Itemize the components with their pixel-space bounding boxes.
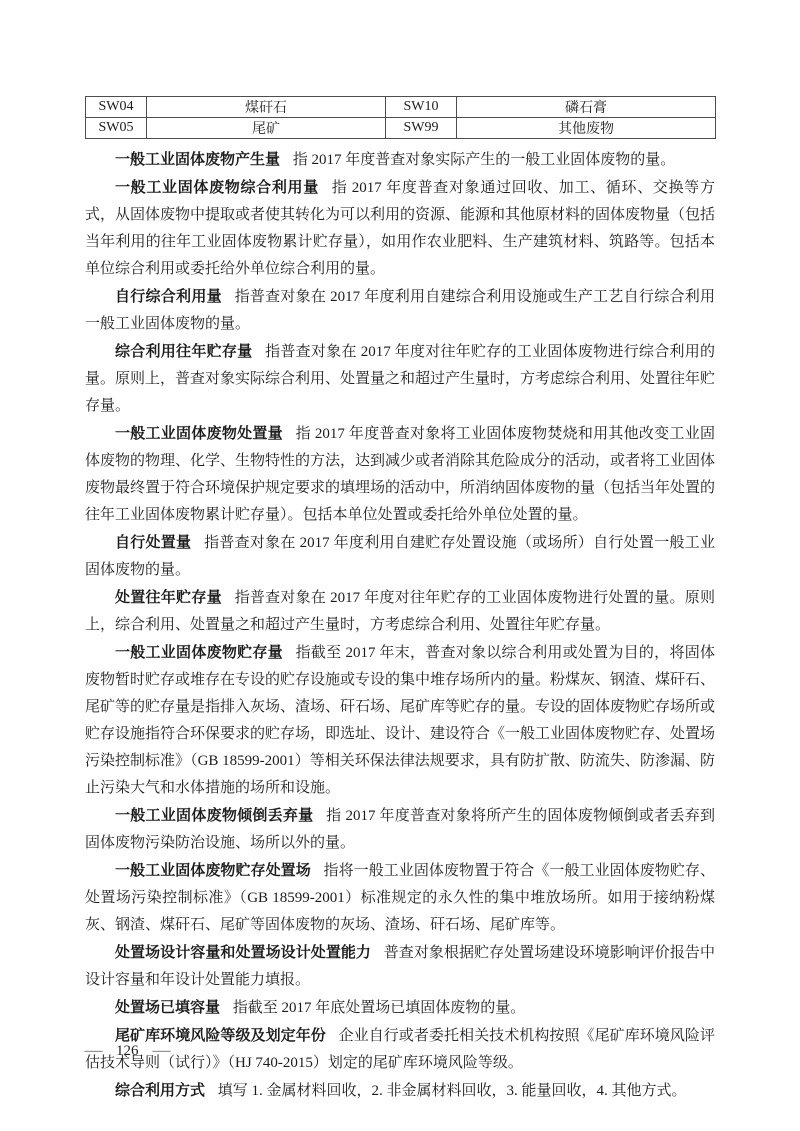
table-row: SW04 煤矸石 SW10 磷石膏 [86, 97, 716, 118]
definition-term: 一般工业固体废物综合利用量 [115, 179, 319, 196]
footer-dash-left: — [85, 1043, 103, 1060]
definition-paragraph: 一般工业固体废物产生量指 2017 年度普查对象实际产生的一般工业固体废物的量。 [85, 146, 715, 174]
definition-text: 指 2017 年度普查对象实际产生的一般工业固体废物的量。 [293, 152, 676, 168]
page-number: 126 [116, 1043, 139, 1060]
definition-term: 自行综合利用量 [115, 288, 222, 305]
definition-paragraph: 自行综合利用量指普查对象在 2017 年度利用自建综合利用设施或生产工艺自行综合… [85, 283, 715, 338]
definition-text: 指截至 2017 年底处置场已填固体废物的量。 [233, 1000, 526, 1016]
definition-term: 一般工业固体废物产生量 [115, 151, 280, 168]
waste-code-cell: SW05 [86, 118, 147, 139]
definition-term: 一般工业固体废物贮存处置场 [115, 862, 311, 879]
definition-paragraph: 综合利用方式填写 1. 金属材料回收，2. 非金属材料回收，3. 能量回收，4.… [85, 1077, 715, 1105]
definition-paragraph: 处置场已填容量指截至 2017 年底处置场已填固体废物的量。 [85, 994, 715, 1022]
waste-name-cell: 尾矿 [147, 118, 386, 139]
definition-text: 指截至 2017 年末，普查对象以综合利用或处置为目的，将固体废物暂时贮存或堆存… [85, 645, 715, 796]
definition-term: 综合利用方式 [115, 1082, 205, 1099]
page-content: SW04 煤矸石 SW10 磷石膏 SW05 尾矿 SW99 其他废物 一般工业… [85, 96, 715, 1105]
definition-paragraph: 自行处置量指普查对象在 2017 年度利用自建贮存处置设施（或场所）自行处置一般… [85, 529, 715, 584]
footer-dash-right: — [152, 1043, 170, 1060]
waste-name-cell: 煤矸石 [147, 97, 386, 118]
definition-paragraph: 一般工业固体废物贮存量指截至 2017 年末，普查对象以综合利用或处置为目的，将… [85, 639, 715, 802]
definition-term: 处置往年贮存量 [115, 589, 222, 606]
definitions-section: 一般工业固体废物产生量指 2017 年度普查对象实际产生的一般工业固体废物的量。… [85, 146, 715, 1105]
definition-paragraph: 一般工业固体废物倾倒丢弃量指 2017 年度普查对象将所产生的固体废物倾倒或者丢… [85, 802, 715, 857]
definition-term: 一般工业固体废物贮存量 [115, 644, 283, 661]
definition-paragraph: 综合利用往年贮存量指普查对象在 2017 年度对往年贮存的工业固体废物进行综合利… [85, 338, 715, 420]
definition-paragraph: 处置往年贮存量指普查对象在 2017 年度对往年贮存的工业固体废物进行处置的量。… [85, 584, 715, 639]
definition-text: 填写 1. 金属材料回收，2. 非金属材料回收，3. 能量回收，4. 其他方式。 [218, 1083, 687, 1099]
definition-term: 一般工业固体废物倾倒丢弃量 [115, 807, 313, 824]
definition-paragraph: 一般工业固体废物综合利用量指 2017 年度普查对象通过回收、加工、循环、交换等… [85, 174, 715, 283]
waste-name-cell: 磷石膏 [457, 97, 716, 118]
definition-term: 尾矿库环境风险等级及划定年份 [115, 1027, 326, 1044]
definition-paragraph: 尾矿库环境风险等级及划定年份企业自行或者委托相关技术机构按照《尾矿库环境风险评估… [85, 1022, 715, 1077]
waste-code-cell: SW10 [386, 97, 457, 118]
page-footer: — 126 — [86, 1043, 169, 1060]
waste-name-cell: 其他废物 [457, 118, 716, 139]
waste-code-cell: SW99 [386, 118, 457, 139]
definition-paragraph: 一般工业固体废物贮存处置场指将一般工业固体废物置于符合《一般工业固体废物贮存、处… [85, 857, 715, 939]
definition-term: 自行处置量 [115, 534, 191, 551]
document-page: SW04 煤矸石 SW10 磷石膏 SW05 尾矿 SW99 其他废物 一般工业… [0, 0, 800, 1131]
definition-term: 处置场已填容量 [115, 999, 220, 1016]
definition-term: 综合利用往年贮存量 [115, 343, 252, 360]
definition-paragraph: 处置场设计容量和处置场设计处置能力普查对象根据贮存处置场建设环境影响评价报告中设… [85, 939, 715, 994]
definition-term: 一般工业固体废物处置量 [115, 425, 283, 442]
waste-code-table: SW04 煤矸石 SW10 磷石膏 SW05 尾矿 SW99 其他废物 [85, 96, 716, 139]
waste-code-cell: SW04 [86, 97, 147, 118]
definition-term: 处置场设计容量和处置场设计处置能力 [115, 944, 371, 961]
definition-paragraph: 一般工业固体废物处置量指 2017 年度普查对象将工业固体废物焚烧和用其他改变工… [85, 420, 715, 529]
table-row: SW05 尾矿 SW99 其他废物 [86, 118, 716, 139]
